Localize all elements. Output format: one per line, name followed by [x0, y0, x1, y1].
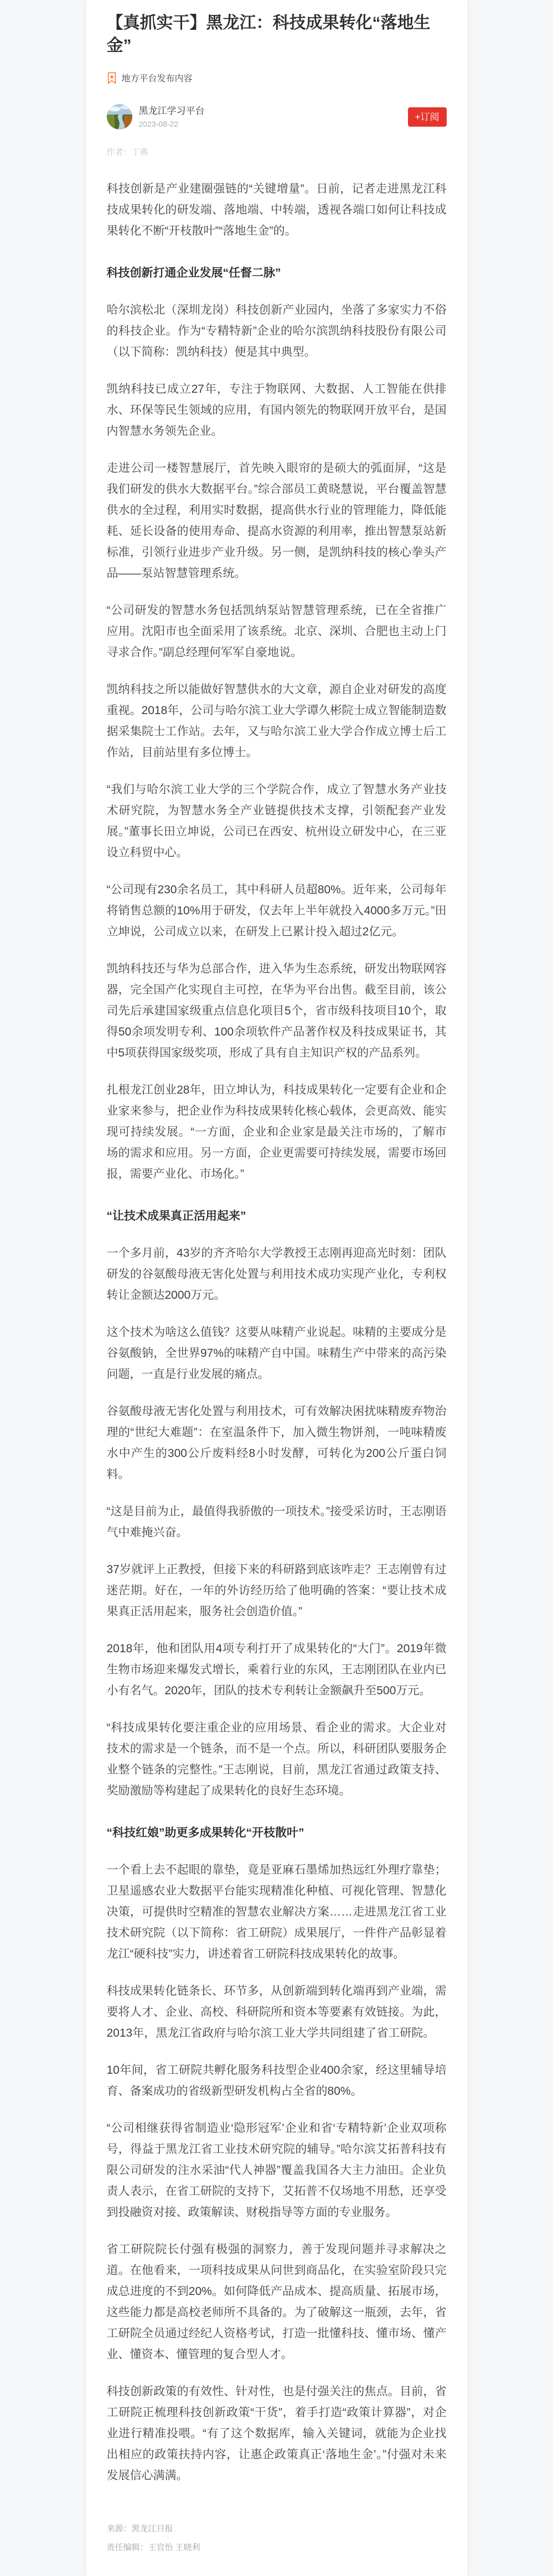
publisher-row: 黑龙江学习平台 2023-08-22 +订阅: [107, 104, 447, 129]
paragraph: 凯纳科技已成立27年，专注于物联网、大数据、人工智能在供排水、环保等民生领域的应…: [107, 379, 447, 442]
paragraph: 科技成果转化链条长、环节多，从创新端到转化端再到产业端，需要将人才、企业、高校、…: [107, 1981, 447, 2044]
paragraph: 扎根龙江创业28年，田立坤认为，科技成果转化一定要有企业和企业家来参与，把企业作…: [107, 1080, 447, 1185]
paragraph: “我们与哈尔滨工业大学的三个学院合作，成立了智慧水务产业技术研究院，为智慧水务全…: [107, 779, 447, 863]
paragraph: 一个看上去不起眼的靠垫，竟是亚麻石墨烯加热远红外理疗靠垫；卫星遥感农业大数据平台…: [107, 1860, 447, 1965]
publisher-name[interactable]: 黑龙江学习平台: [139, 105, 205, 117]
paragraph: 凯纳科技还与华为总部合作，进入华为生态系统，研发出物联网容器，完全国产化实现自主…: [107, 959, 447, 1064]
article-title: 【真抓实干】黑龙江：科技成果转化“落地生金”: [107, 12, 447, 57]
subscribe-button[interactable]: +订阅: [408, 107, 447, 127]
publish-date: 2023-08-22: [139, 119, 205, 128]
paragraph: 2018年，他和团队用4项专利打开了成果转化的“大门”。2019年微生物市场迎来…: [107, 1638, 447, 1701]
paragraph: “科技成果转化要注重企业的应用场景、看企业的需求。大企业对技术的需求是一个链条，…: [107, 1718, 447, 1802]
section-heading: “科技红娘”助更多成果转化“开枝散叶”: [107, 1823, 447, 1844]
paragraph: 科技创新政策的有效性、针对性，也是付强关注的焦点。目前，省工研院正梳理科技创新政…: [107, 2381, 447, 2486]
publisher-avatar[interactable]: [107, 104, 132, 129]
paragraph: 10年间，省工研院共孵化服务科技型企业400余家，经这里辅导培育、备案成功的省级…: [107, 2060, 447, 2102]
paragraph: 凯纳科技之所以能做好智慧供水的大文章，源自企业对研发的高度重视。2018年，公司…: [107, 679, 447, 763]
section-heading: 科技创新打通企业发展“任督二脉”: [107, 263, 447, 284]
article-card: 【真抓实干】黑龙江：科技成果转化“落地生金” 地方平台发布内容: [86, 0, 467, 2576]
page: 【真抓实干】黑龙江：科技成果转化“落地生金” 地方平台发布内容: [0, 0, 553, 2576]
paragraph: 科技创新是产业建圈强链的“关键增量”。日前，记者走进黑龙江科技成果转化的研发端、…: [107, 179, 447, 242]
paragraph: 走进公司一楼智慧展厅，首先映入眼帘的是硕大的弧面屏，“这是我们研发的供水大数据平…: [107, 458, 447, 584]
badge-label: 地方平台发布内容: [122, 71, 193, 84]
publisher-meta: 黑龙江学习平台 2023-08-22: [139, 105, 205, 128]
section-heading: “让技术成果真正活用起来”: [107, 1206, 447, 1227]
article-footer: 来源：黑龙江日报 责任编辑：王官怡 王晓利: [107, 2520, 447, 2557]
author-credit: 作者：丁燕: [107, 146, 447, 158]
paragraph: 省工研院院长付强有极强的洞察力，善于发现问题并寻求解决之道。在他看来，一项科技成…: [107, 2239, 447, 2365]
article-body: 科技创新是产业建圈强链的“关键增量”。日前，记者走进黑龙江科技成果转化的研发端、…: [107, 179, 447, 2486]
paragraph: 谷氨酸母液无害化处置与利用技术，可有效解决困扰味精废弃物治理的“世纪大难题”：在…: [107, 1401, 447, 1485]
paragraph: 这个技术为啥这么值钱？这要从味精产业说起。味精的主要成分是谷氨酸钠，全世界97%…: [107, 1322, 447, 1385]
paragraph: “这是目前为止，最值得我骄傲的一项技术。”接受采访时，王志刚语气中难掩兴奋。: [107, 1501, 447, 1543]
paragraph: 一个多月前，43岁的齐齐哈尔大学教授王志刚再迎高光时刻：团队研发的谷氨酸母液无害…: [107, 1243, 447, 1306]
paragraph: “公司研发的智慧水务包括凯纳泵站智慧管理系统，已在全省推广应用。沈阳市也全面采用…: [107, 600, 447, 663]
paragraph: “公司现有230余名员工，其中科研人员超80%。近年来，公司每年将销售总额的10…: [107, 880, 447, 943]
paragraph: 37岁就评上正教授，但接下来的科研路到底该咋走？王志刚曾有过迷茫期。好在，一年的…: [107, 1559, 447, 1622]
source-line: 来源：黑龙江日报: [107, 2520, 447, 2538]
ribbon-badge-icon: [107, 72, 117, 84]
paragraph: 哈尔滨松北（深圳龙岗）科技创新产业园内，坐落了多家实力不俗的科技企业。作为“专精…: [107, 300, 447, 363]
editors-line: 责任编辑：王官怡 王晓利: [107, 2538, 447, 2557]
paragraph: “公司相继获得省制造业‘隐形冠军’企业和省‘专精特新’企业双项称号，得益于黑龙江…: [107, 2118, 447, 2223]
platform-badge: 地方平台发布内容: [107, 71, 447, 84]
